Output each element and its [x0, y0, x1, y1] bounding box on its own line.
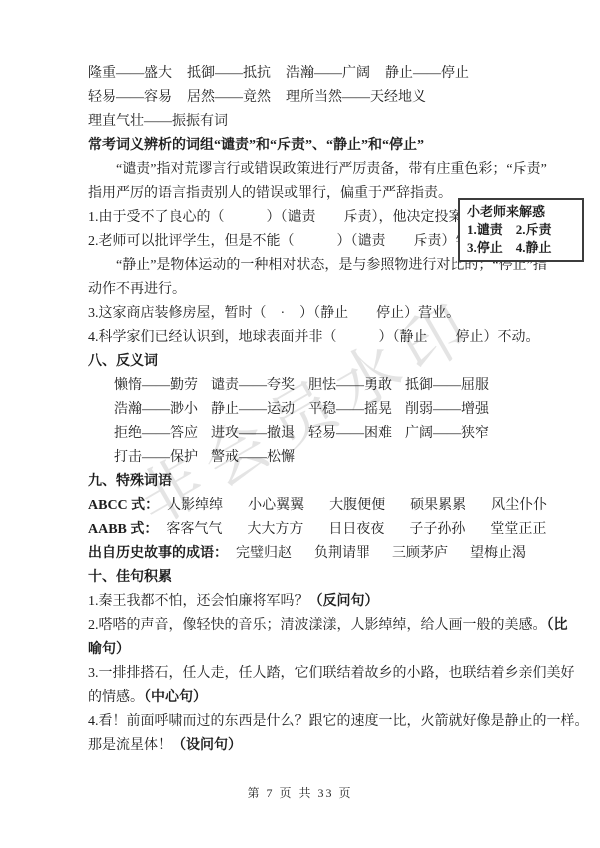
special-words-label: 出自历史故事的成语：	[88, 542, 228, 566]
synonym-pair: 隆重——盛大	[88, 62, 172, 86]
question-line: 4.科学家们已经认识到，地球表面并非（ ）（静止 停止）不动。	[88, 326, 538, 350]
special-word-item: 日日夜夜	[328, 518, 384, 542]
sentence-line: 喻句）	[88, 638, 538, 662]
helper-answer-box: 小老师来解惑 1.谴责 2.斥责 3.停止 4.静止	[458, 198, 584, 262]
sentence-text: 2.嗒嗒的声音，像轻快的音乐；清波漾漾，人影绰绰，给人画一般的美感。	[88, 618, 547, 633]
sentence-line: 那是流星体！（设问句）	[88, 734, 538, 758]
helper-box-line: 1.谴责 2.斥责	[467, 221, 575, 239]
antonym-row: 懒惰——勤劳 谴责——夸奖 胆怯——勇敢 抵御——屈服	[114, 374, 538, 398]
antonym-pair: 拒绝——答应	[114, 422, 198, 446]
sentence-line: 4.看！前面呼啸而过的东西是什么？跟它的速度一比，火箭就好像是静止的一样。	[88, 710, 538, 734]
special-words-items: 完璧归赵 负荆请罪 三顾茅庐 望梅止渴	[236, 542, 526, 566]
antonym-pair: 打击——保护	[114, 446, 198, 470]
question-line: 3.这家商店装修房屋，暂时（ · ）（静止 停止）营业。	[88, 302, 538, 326]
antonym-pair: 平稳——摇晃	[308, 398, 392, 422]
sentence-tag: （比	[547, 618, 568, 633]
special-word-item: 负荆请罪	[314, 542, 370, 566]
helper-box-line: 3.停止 4.静止	[467, 239, 575, 257]
sentence-text: 4.看！前面呼啸而过的东西是什么？跟它的速度一比，火箭就好像是静止的一样。	[88, 714, 589, 729]
antonym-pair: 削弱——增强	[405, 398, 489, 422]
special-words-items: 客客气气 大大方方 日日夜夜 子子孙孙 堂堂正正	[166, 518, 546, 542]
section-heading-special-words: 九、特殊词语	[88, 470, 538, 494]
special-words-row-abcc: ABCC 式： 人影绰绰 小心翼翼 大腹便便 硕果累累 风尘仆仆	[88, 494, 538, 518]
antonym-pair: 警戒——松懈	[211, 446, 295, 470]
synonym-pair: 浩瀚——广阔	[286, 62, 370, 86]
sentence-text: 那是流星体！	[88, 738, 172, 753]
antonym-row: 浩瀚——渺小 静止——运动 平稳——摇晃 削弱——增强	[114, 398, 538, 422]
synonym-row: 轻易——容易 居然——竟然 理所当然——天经地义	[88, 86, 538, 110]
helper-box-title: 小老师来解惑	[467, 203, 575, 221]
special-word-item: 大大方方	[247, 518, 303, 542]
antonym-row: 打击——保护 警戒——松懈	[114, 446, 538, 470]
sentence-line: 1.秦王我都不怕，还会怕廉将军吗？（反问句）	[88, 590, 538, 614]
word-discrimination-heading: 常考词义辨析的词组“谴责”和“斥责”、“静止”和“停止”	[88, 134, 538, 158]
special-words-label: ABCC 式：	[88, 494, 159, 518]
antonym-pair: 谴责——夸奖	[211, 374, 295, 398]
special-words-row-idioms: 出自历史故事的成语： 完璧归赵 负荆请罪 三顾茅庐 望梅止渴	[88, 542, 538, 566]
special-word-item: 堂堂正正	[490, 518, 546, 542]
synonym-row: 隆重——盛大 抵御——抵抗 浩瀚——广阔 静止——停止	[88, 62, 538, 86]
sentence-line: 的情感。（中心句）	[88, 686, 538, 710]
synonym-pair: 抵御——抵抗	[187, 62, 271, 86]
antonym-pair: 静止——运动	[211, 398, 295, 422]
special-word-item: 客客气气	[166, 518, 222, 542]
worksheet-page: 非会员水印 隆重——盛大 抵御——抵抗 浩瀚——广阔 静止——停止 轻易——容易…	[0, 0, 600, 848]
section-heading-antonyms: 八、反义词	[88, 350, 538, 374]
special-words-row-aabb: AABB 式： 客客气气 大大方方 日日夜夜 子子孙孙 堂堂正正	[88, 518, 538, 542]
special-word-item: 人影绰绰	[167, 494, 223, 518]
antonym-pair: 胆怯——勇敢	[308, 374, 392, 398]
special-word-item: 望梅止渴	[470, 542, 526, 566]
special-word-item: 三顾茅庐	[392, 542, 448, 566]
antonym-pair: 抵御——屈服	[405, 374, 489, 398]
sentence-tag: （中心句）	[144, 690, 207, 705]
antonym-row: 拒绝——答应 进攻——撤退 轻易——困难 广阔——狭窄	[114, 422, 538, 446]
sentence-line: 3.一排排搭石，任人走，任人踏，它们联结着故乡的小路，也联结着乡亲们美好	[88, 662, 538, 686]
special-words-label: AABB 式：	[88, 518, 158, 542]
special-word-item: 大腹便便	[329, 494, 385, 518]
sentence-tag: （反问句）	[309, 594, 379, 609]
antonym-pair: 懒惰——勤劳	[114, 374, 198, 398]
antonym-pair: 浩瀚——渺小	[114, 398, 198, 422]
synonym-pair: 理直气壮——振振有词	[88, 114, 228, 129]
paragraph-line: 动作不再进行。	[88, 278, 538, 302]
antonym-pair: 广阔——狭窄	[405, 422, 489, 446]
sentence-text: 1.秦王我都不怕，还会怕廉将军吗？	[88, 594, 309, 609]
antonym-pair: 进攻——撤退	[211, 422, 295, 446]
synonym-pair: 居然——竟然	[187, 86, 271, 110]
synonym-row: 理直气壮——振振有词	[88, 110, 538, 134]
sentence-tag: （设问句）	[172, 738, 242, 753]
special-words-items: 人影绰绰 小心翼翼 大腹便便 硕果累累 风尘仆仆	[167, 494, 547, 518]
special-word-item: 风尘仆仆	[491, 494, 547, 518]
synonym-pair: 静止——停止	[385, 62, 469, 86]
special-word-item: 硕果累累	[410, 494, 466, 518]
sentence-text: 3.一排排搭石，任人走，任人踏，它们联结着故乡的小路，也联结着乡亲们美好	[88, 666, 575, 681]
synonym-pair: 轻易——容易	[88, 86, 172, 110]
special-word-item: 子子孙孙	[409, 518, 465, 542]
special-word-item: 完璧归赵	[236, 542, 292, 566]
footer-page-number: 第 7 页 共 33 页	[0, 784, 600, 801]
paragraph-line: “谴责”指对荒谬言行或错误政策进行严厉责备，带有庄重色彩；“斥责”	[88, 158, 538, 182]
page-content: 隆重——盛大 抵御——抵抗 浩瀚——广阔 静止——停止 轻易——容易 居然——竟…	[88, 62, 538, 758]
antonym-pair: 轻易——困难	[308, 422, 392, 446]
sentence-line: 2.嗒嗒的声音，像轻快的音乐；清波漾漾，人影绰绰，给人画一般的美感。（比	[88, 614, 538, 638]
sentence-text: 的情感。	[88, 690, 144, 705]
synonym-pair: 理所当然——天经地义	[286, 86, 426, 110]
section-heading-sentences: 十、佳句积累	[88, 566, 538, 590]
sentence-tag: 喻句）	[88, 642, 130, 657]
special-word-item: 小心翼翼	[248, 494, 304, 518]
